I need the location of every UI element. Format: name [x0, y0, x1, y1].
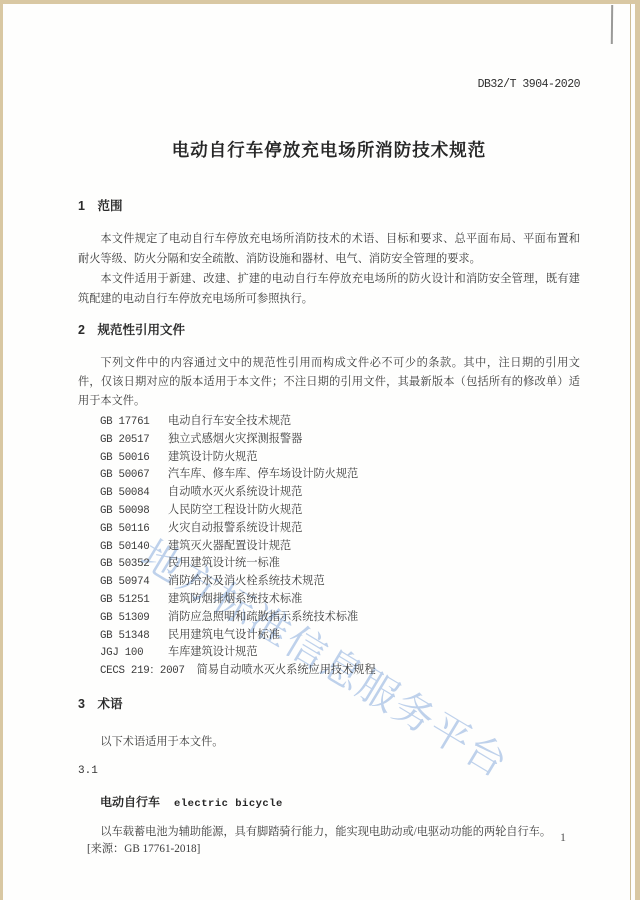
reference-title: 汽车库、修车库、停车场设计防火规范	[168, 468, 358, 480]
term-chinese: 电动自行车	[100, 795, 160, 809]
reference-code: GB 50098	[100, 503, 156, 520]
reference-item: GB 50084自动喷水灭火系统设计规范	[100, 484, 580, 502]
reference-title: 电动自行车安全技术规范	[168, 415, 291, 427]
reference-item: GB 20517独立式感烟火灾探测报警器	[100, 431, 580, 449]
reference-title: 建筑设计防火规范	[168, 451, 258, 463]
doc-number: DB32/T 3904-2020	[78, 78, 580, 91]
reference-code: JGJ 100	[100, 645, 156, 662]
section-3-intro: 以下术语适用于本文件。	[78, 733, 580, 752]
reference-title: 火灾自动报警系统设计规范	[168, 522, 302, 534]
section-1-paragraph-1: 本文件规定了电动自行车停放充电场所消防技术的术语、目标和要求、总平面布局、平面布…	[78, 229, 580, 269]
reference-code: GB 50016	[100, 450, 156, 467]
term-source: [来源：GB 17761-2018]	[78, 841, 580, 858]
reference-item: GB 51251建筑防烟排烟系统技术标准	[100, 591, 580, 609]
section-2-heading: 2 规范性引用文件	[78, 320, 580, 338]
reference-code: GB 50067	[100, 467, 156, 484]
clause-number: 3.1	[78, 765, 580, 777]
reference-title: 建筑灭火器配置设计规范	[168, 540, 291, 552]
reference-item: GB 50352民用建筑设计统一标准	[100, 555, 580, 573]
reference-item: GB 50974消防给水及消火栓系统技术规范	[100, 573, 580, 591]
scanned-document-page: 地方标准信息服务平台 DB32/T 3904-2020 电动自行车停放充电场所消…	[0, 0, 640, 900]
reference-title: 自动喷水灭火系统设计规范	[168, 486, 302, 498]
page-right-edge-line	[630, 4, 631, 900]
section-3-heading: 3 术语	[78, 694, 580, 712]
section-1-heading: 1 范围	[78, 196, 580, 214]
term-definition: 以车载蓄电池为辅助能源，具有脚踏骑行能力，能实现电助动或/电驱动功能的两轮自行车…	[78, 824, 580, 841]
reference-title: 民用建筑电气设计标准	[168, 629, 280, 641]
reference-item: GB 50098人民防空工程设计防火规范	[100, 502, 580, 520]
reference-title: 简易自动喷水灭火系统应用技术规程	[197, 664, 376, 676]
page-number: 1	[560, 830, 566, 845]
reference-code: GB 51251	[100, 592, 156, 609]
reference-title: 独立式感烟火灾探测报警器	[168, 433, 302, 445]
reference-item: GB 17761电动自行车安全技术规范	[100, 413, 580, 431]
reference-title: 建筑防烟排烟系统技术标准	[168, 593, 302, 605]
reference-item: JGJ 100车库建筑设计规范	[100, 644, 580, 662]
reference-item: GB 51348民用建筑电气设计标准	[100, 627, 580, 645]
reference-code: GB 51348	[100, 628, 156, 645]
reference-item: CECS 219：2007简易自动喷水灭火系统应用技术规程	[100, 662, 580, 680]
section-1-paragraph-2: 本文件适用于新建、改建、扩建的电动自行车停放充电场所的防火设计和消防安全管理，既…	[78, 269, 580, 309]
reference-title: 人民防空工程设计防火规范	[168, 504, 302, 516]
paper-sheet: 地方标准信息服务平台 DB32/T 3904-2020 电动自行车停放充电场所消…	[3, 4, 635, 900]
reference-code: GB 17761	[100, 414, 156, 431]
normative-references-list: GB 17761电动自行车安全技术规范 GB 20517独立式感烟火灾探测报警器…	[78, 413, 580, 680]
reference-title: 消防应急照明和疏散指示系统技术标准	[168, 611, 358, 623]
reference-item: GB 50116火灾自动报警系统设计规范	[100, 520, 580, 538]
reference-item: GB 50016建筑设计防火规范	[100, 449, 580, 467]
reference-code: GB 20517	[100, 432, 156, 449]
reference-code: GB 50140	[100, 539, 156, 556]
reference-item: GB 51309消防应急照明和疏散指示系统技术标准	[100, 609, 580, 627]
reference-title: 车库建筑设计规范	[168, 646, 258, 658]
reference-item: GB 50067汽车库、修车库、停车场设计防火规范	[100, 466, 580, 484]
section-2-intro: 下列文件中的内容通过文中的规范性引用而构成文件必不可少的条款。其中，注日期的引用…	[78, 354, 580, 411]
page-content: DB32/T 3904-2020 电动自行车停放充电场所消防技术规范 1 范围 …	[78, 78, 580, 858]
reference-title: 消防给水及消火栓系统技术规范	[168, 575, 325, 587]
reference-item: GB 50140建筑灭火器配置设计规范	[100, 538, 580, 556]
reference-code: GB 51309	[100, 610, 156, 627]
term-english: electric bicycle	[174, 798, 283, 810]
reference-code: GB 50974	[100, 574, 156, 591]
reference-code: GB 50084	[100, 485, 156, 502]
doc-title: 电动自行车停放充电场所消防技术规范	[78, 137, 580, 162]
reference-code: CECS 219：2007	[100, 663, 185, 680]
reference-code: GB 50116	[100, 521, 156, 538]
term-line: 电动自行车electric bicycle	[78, 793, 580, 811]
reference-code: GB 50352	[100, 556, 156, 573]
reference-title: 民用建筑设计统一标准	[168, 557, 280, 569]
scan-edge-artifact	[611, 5, 613, 44]
